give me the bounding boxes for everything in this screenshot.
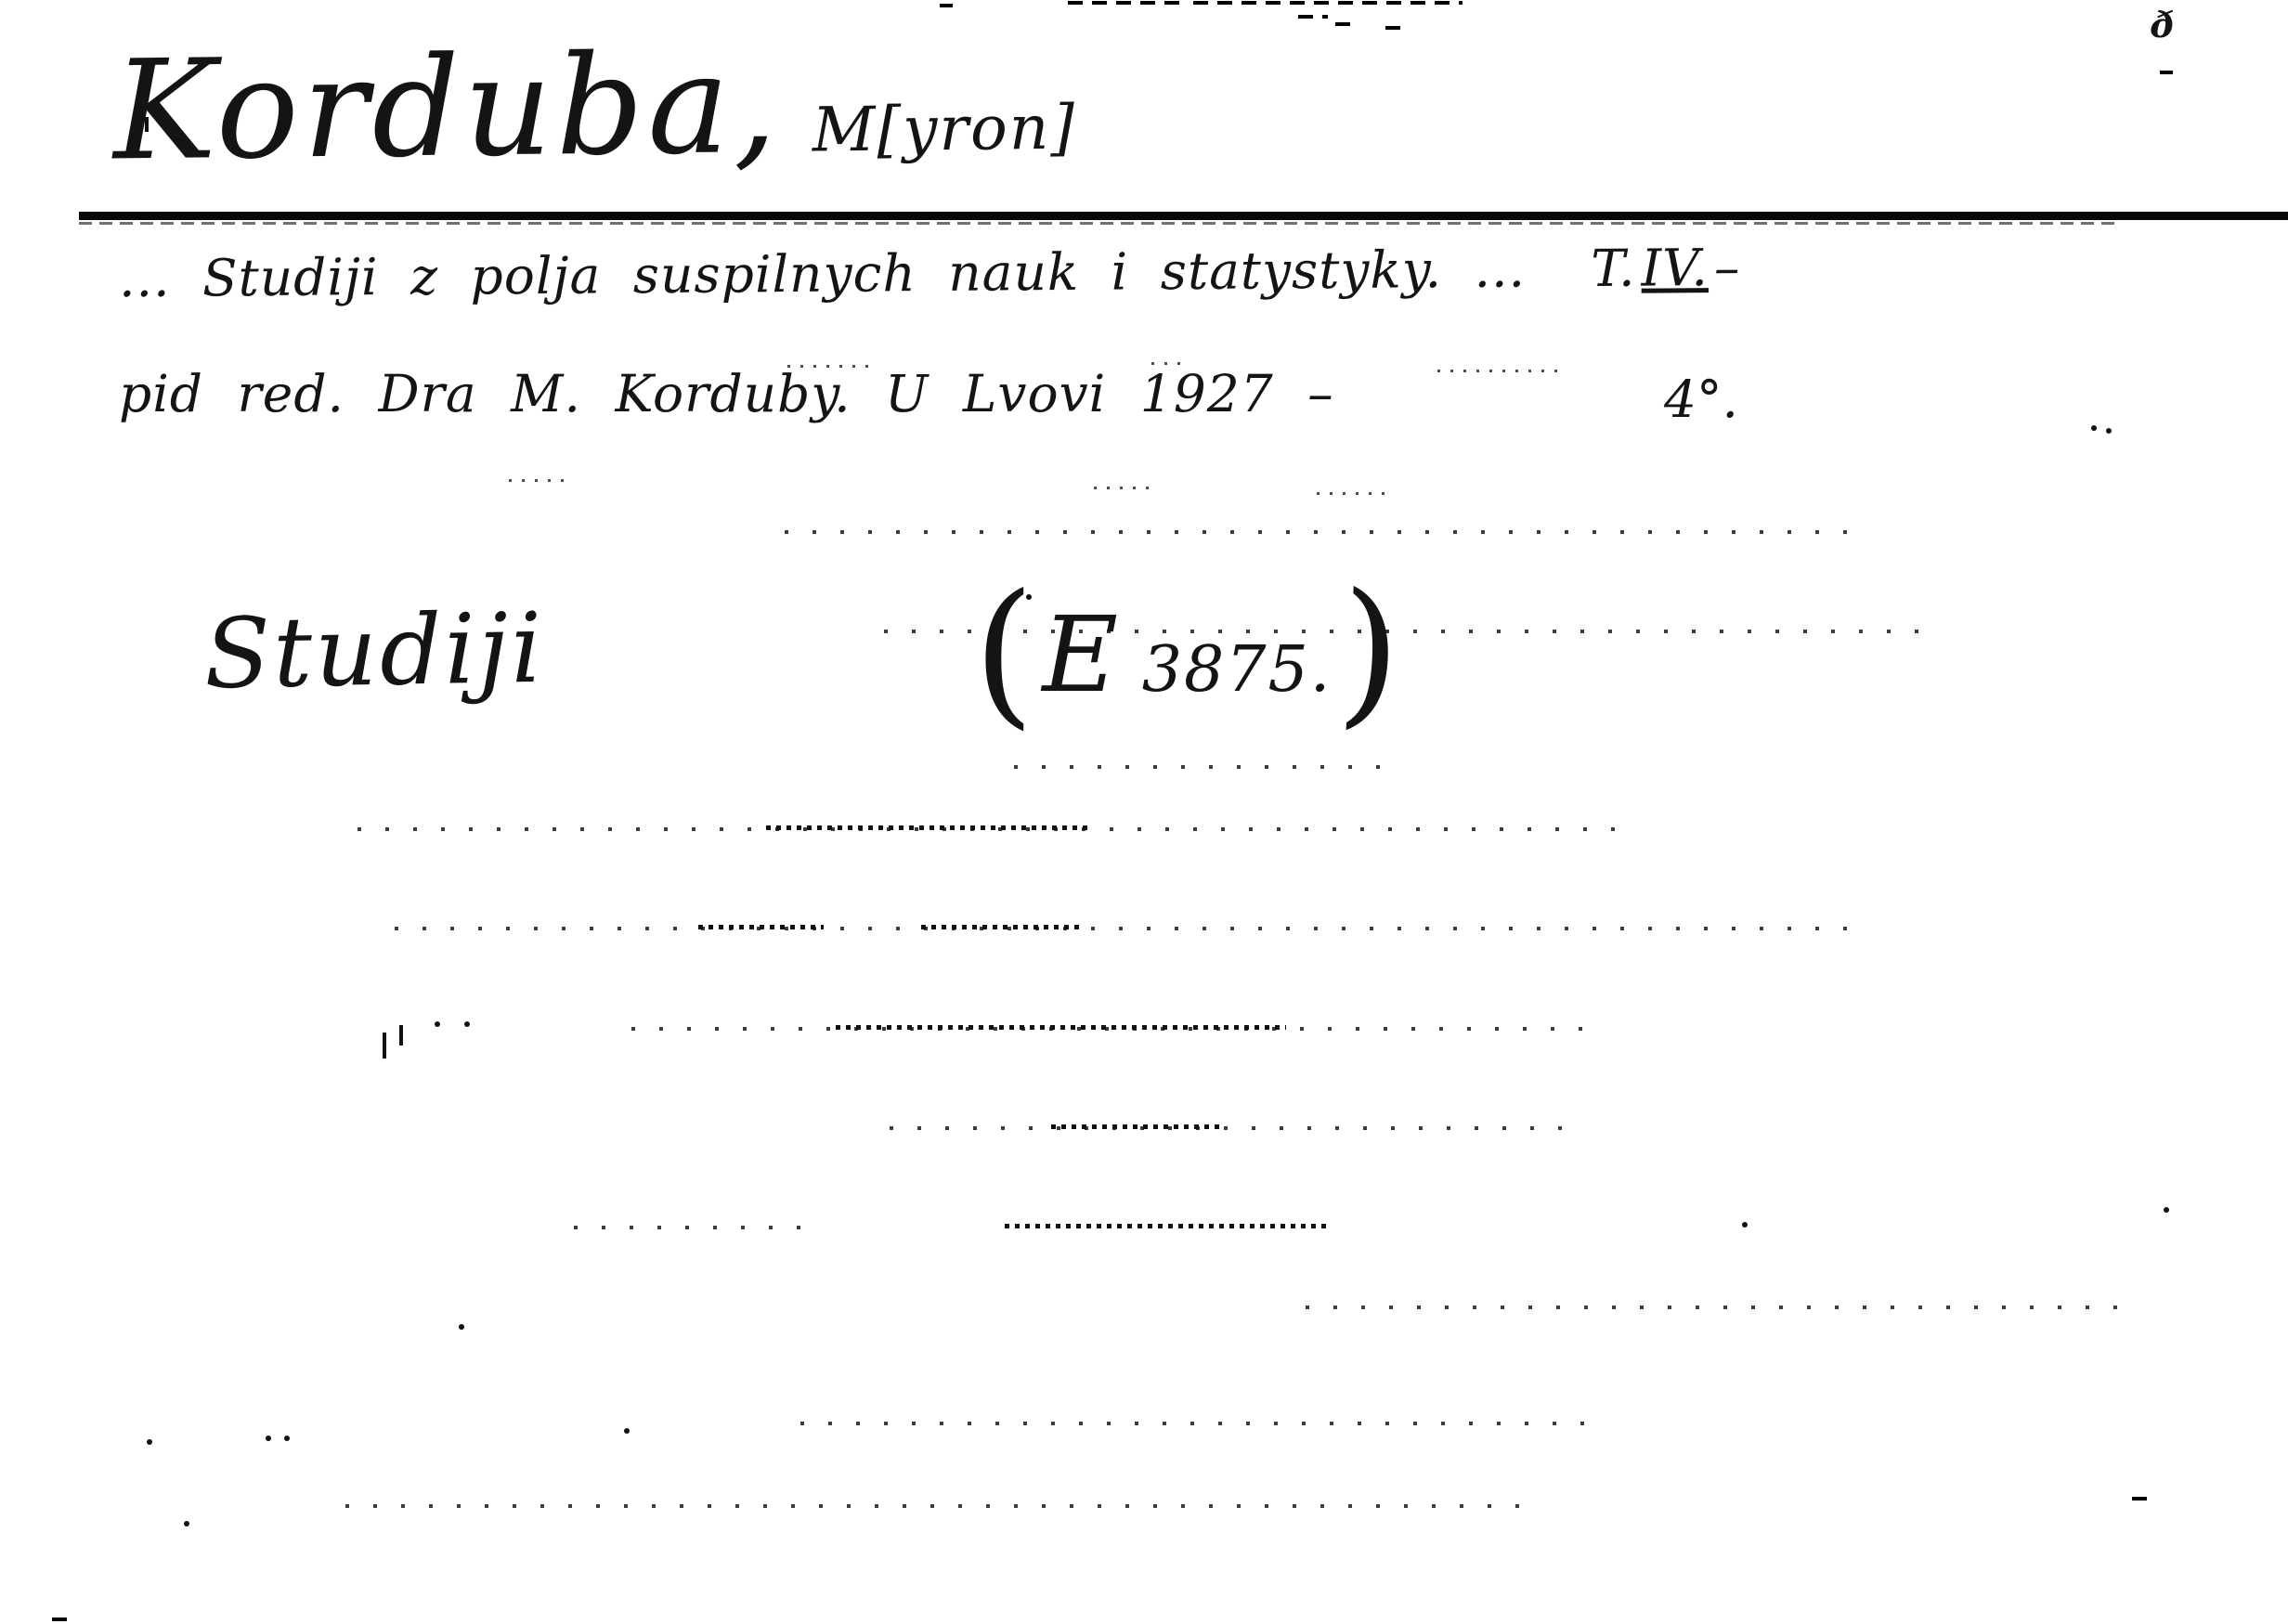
scan-artifact xyxy=(921,925,1084,929)
scan-artifact xyxy=(1068,1,1179,5)
volume-dash: – xyxy=(1714,238,1741,297)
corner-mark: ð xyxy=(2151,4,2174,45)
scan-artifact xyxy=(2132,1497,2152,1501)
catalog-card: ð Korduba, M[yron] ... Studiji z polja s… xyxy=(0,0,2288,1624)
scan-artifact xyxy=(1742,1222,1748,1228)
shelfmark-close-paren: ) xyxy=(1335,572,1405,733)
scan-artifact xyxy=(383,1033,386,1059)
heading-forename: M[yron] xyxy=(812,92,1076,166)
title-line-2: pid red. Dra M. Korduby. U Lvovi 1927 – xyxy=(119,364,1334,423)
scan-artifact xyxy=(1317,492,1391,495)
scan-artifact xyxy=(884,630,1924,633)
heading-rule xyxy=(79,212,2288,220)
scan-artifact xyxy=(399,1025,403,1046)
scan-artifact xyxy=(147,1439,152,1445)
scan-artifact xyxy=(1385,26,1406,30)
scan-artifact xyxy=(345,1504,1539,1508)
scan-artifact xyxy=(145,117,149,132)
scan-artifact xyxy=(1005,1224,1330,1228)
format-statement: 4°. xyxy=(1664,370,1738,429)
title-line-1: ... Studiji z polja suspilnych nauk i st… xyxy=(119,238,1741,308)
scan-artifact xyxy=(266,1436,271,1441)
shelfmark-label: E 3875. xyxy=(1042,590,1332,716)
scan-artifact xyxy=(2091,425,2097,431)
scan-artifact xyxy=(1193,1,1462,5)
heading-rule-speckle xyxy=(79,222,2122,225)
scan-artifact xyxy=(2160,71,2173,74)
volume-numeral: IV. xyxy=(1641,238,1709,298)
scan-artifact xyxy=(1335,22,1354,26)
imprint-text: pid red. Dra M. Korduby. U Lvovi 1927 – xyxy=(119,364,1334,423)
scan-artifact xyxy=(1094,487,1150,489)
scan-artifact xyxy=(284,1436,290,1441)
scan-artifact xyxy=(1014,765,1399,769)
shelfmark: ( E 3875. ) xyxy=(973,574,1401,732)
scan-artifact xyxy=(766,825,1091,830)
scan-artifact xyxy=(459,1324,464,1330)
scan-artifact xyxy=(435,1021,440,1027)
volume-label: T. xyxy=(1591,239,1636,298)
scan-artifact xyxy=(2164,1207,2169,1213)
scan-artifact xyxy=(624,1428,630,1434)
scan-artifact xyxy=(787,365,876,368)
filing-title: Studiji xyxy=(203,591,545,710)
heading-surname: Korduba, xyxy=(112,35,781,180)
scan-artifact xyxy=(890,1126,1563,1130)
scan-artifact xyxy=(836,1025,1286,1030)
scan-artifact xyxy=(52,1618,67,1621)
scan-artifact xyxy=(509,479,574,482)
scan-artifact xyxy=(1026,594,1032,600)
scan-artifact xyxy=(395,927,1862,930)
scan-artifact xyxy=(940,4,953,7)
scan-artifact xyxy=(1437,370,1558,372)
scan-artifact xyxy=(2106,428,2112,434)
scan-artifact xyxy=(1051,1124,1223,1129)
scan-artifact xyxy=(800,1422,1590,1425)
scan-artifact xyxy=(574,1226,801,1229)
heading: Korduba, M[yron] xyxy=(112,32,1076,180)
scan-artifact xyxy=(1298,15,1328,19)
scan-artifact xyxy=(184,1521,189,1527)
scan-artifact xyxy=(1151,362,1189,365)
volume-designation: T.IV.– xyxy=(1591,238,1740,298)
title-text: ... Studiji z polja suspilnych nauk i st… xyxy=(119,240,1526,309)
scan-artifact xyxy=(464,1021,470,1027)
scan-artifact xyxy=(698,925,824,929)
scan-artifact xyxy=(1306,1306,2132,1309)
scan-artifact xyxy=(785,530,1852,534)
